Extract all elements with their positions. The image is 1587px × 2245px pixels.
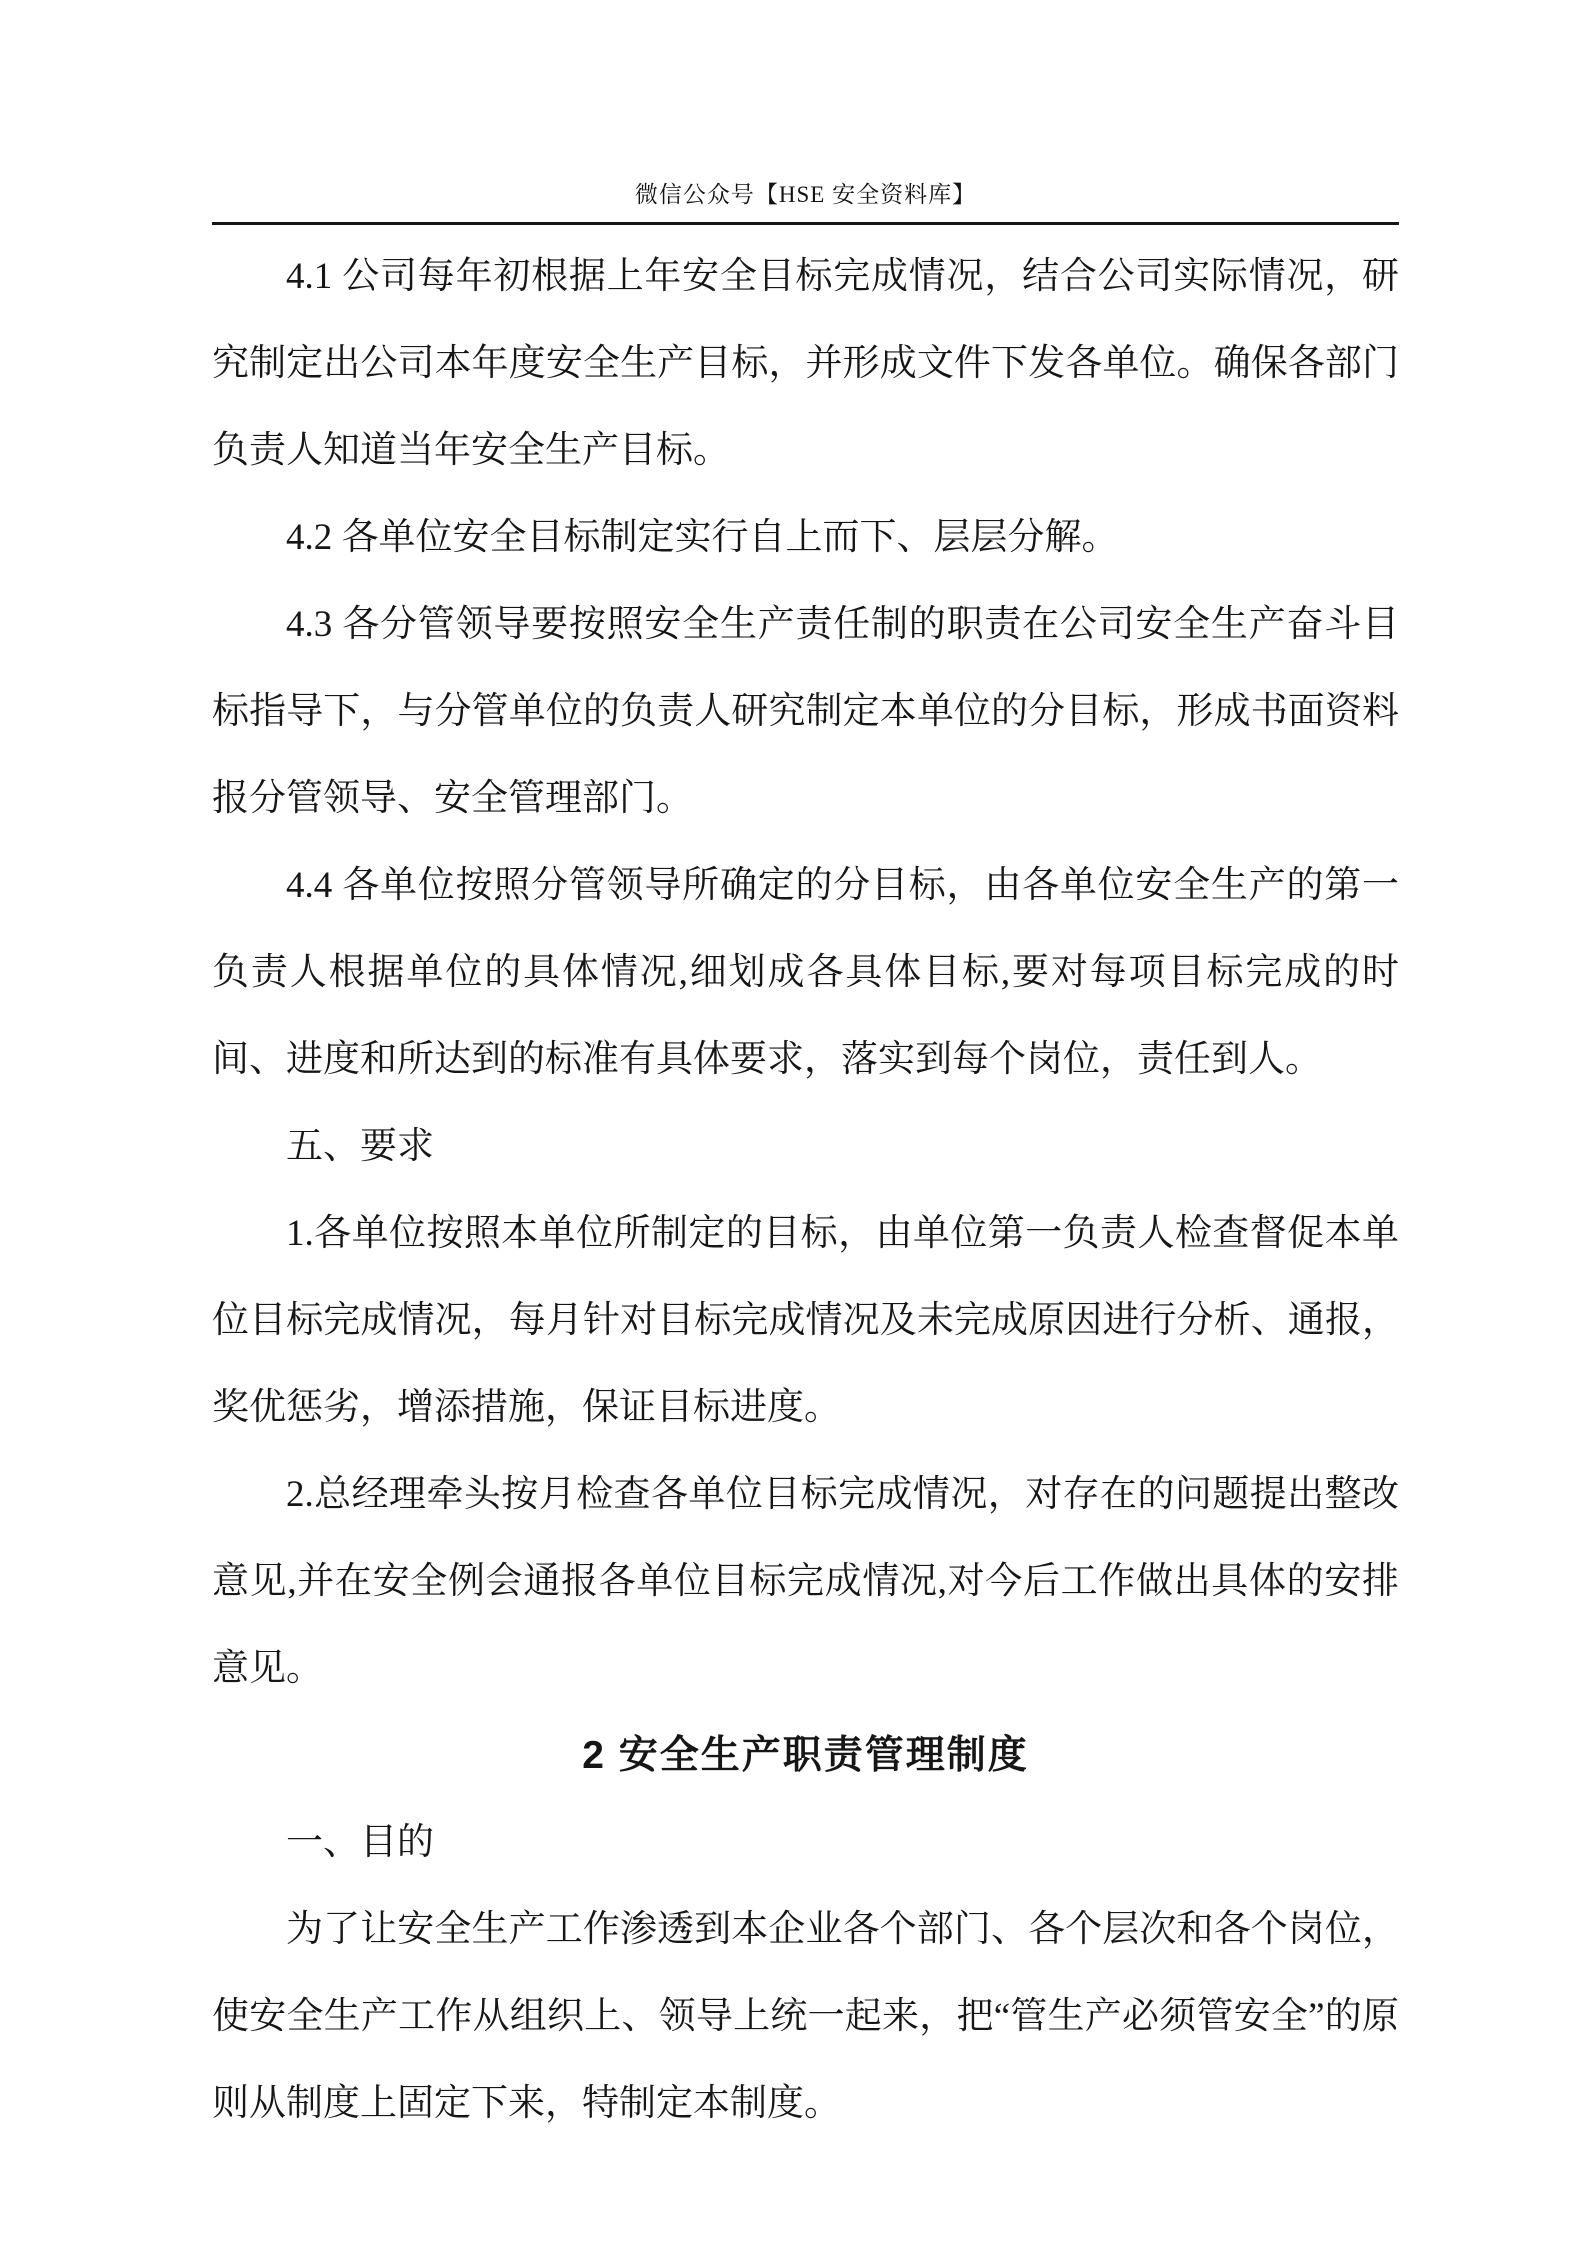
paragraph: 4.3 各分管领导要按照安全生产责任制的职责在公司安全生产奋斗目标指导下，与分管…	[212, 581, 1399, 842]
document-page: 微信公众号【HSE 安全资料库】 4.1 公司每年初根据上年安全目标完成情况，结…	[0, 0, 1587, 2245]
paragraph: 4.4 各单位按照分管领导所确定的分目标，由各单位安全生产的第一负责人根据单位的…	[212, 842, 1399, 1103]
section-heading: 2 安全生产职责管理制度	[212, 1712, 1399, 1799]
paragraph: 4.2 各单位安全目标制定实行自上而下、层层分解。	[212, 494, 1399, 581]
paragraph: 2.总经理牵头按月检查各单位目标完成情况，对存在的问题提出整改意见,并在安全例会…	[212, 1451, 1399, 1712]
header-banner-text: 微信公众号【HSE 安全资料库】	[635, 170, 976, 220]
paragraph: 五、要求	[212, 1103, 1399, 1190]
paragraph: 1.各单位按照本单位所制定的目标，由单位第一负责人检查督促本单位目标完成情况，每…	[212, 1190, 1399, 1451]
page-header: 微信公众号【HSE 安全资料库】	[212, 170, 1399, 225]
document-body: 4.1 公司每年初根据上年安全目标完成情况，结合公司实际情况，研究制定出公司本年…	[212, 233, 1399, 2147]
paragraph: 一、目的	[212, 1799, 1399, 1886]
paragraph: 为了让安全生产工作渗透到本企业各个部门、各个层次和各个岗位，使安全生产工作从组织…	[212, 1886, 1399, 2147]
paragraph: 4.1 公司每年初根据上年安全目标完成情况，结合公司实际情况，研究制定出公司本年…	[212, 233, 1399, 494]
